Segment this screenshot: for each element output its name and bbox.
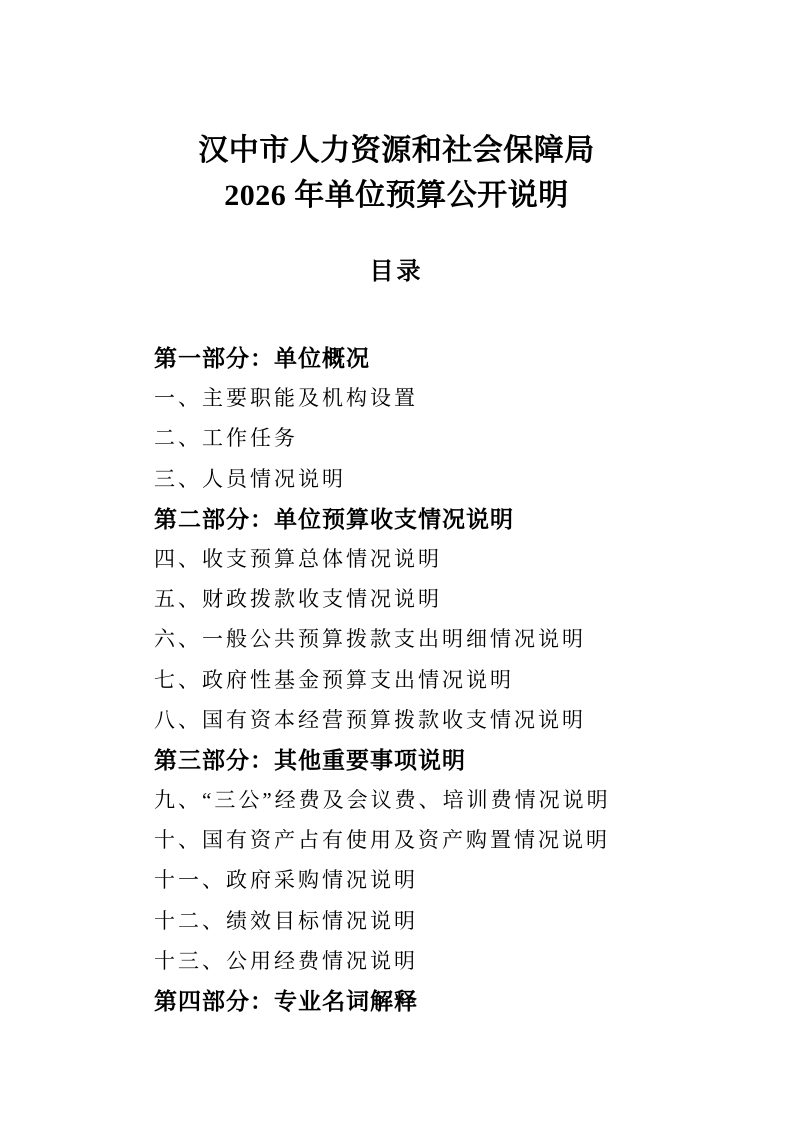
- toc-item: 三、人员情况说明: [154, 459, 693, 499]
- toc-item: 十二、绩效目标情况说明: [154, 901, 693, 941]
- toc-section-heading: 第四部分：专业名词解释: [154, 981, 693, 1021]
- document-title: 汉中市人力资源和社会保障局 2026 年单位预算公开说明: [0, 128, 793, 218]
- toc-section-heading: 第二部分：单位预算收支情况说明: [154, 499, 693, 539]
- toc-heading: 目录: [0, 256, 793, 288]
- toc-item: 十三、公用经费情况说明: [154, 941, 693, 981]
- document-title-line2: 2026 年单位预算公开说明: [0, 173, 793, 218]
- toc-item: 七、政府性基金预算支出情况说明: [154, 660, 693, 700]
- document-title-line1: 汉中市人力资源和社会保障局: [0, 128, 793, 173]
- toc-item: 九、“三公”经费及会议费、培训费情况说明: [154, 780, 693, 820]
- document-page: 汉中市人力资源和社会保障局 2026 年单位预算公开说明 目录 第一部分：单位概…: [0, 0, 793, 1122]
- toc-list: 第一部分：单位概况 一、主要职能及机构设置 二、工作任务 三、人员情况说明 第二…: [154, 338, 693, 1021]
- toc-item: 五、财政拨款收支情况说明: [154, 579, 693, 619]
- toc-item: 四、收支预算总体情况说明: [154, 539, 693, 579]
- toc-item: 二、工作任务: [154, 418, 693, 458]
- toc-section-heading: 第一部分：单位概况: [154, 338, 693, 378]
- toc-section-heading: 第三部分：其他重要事项说明: [154, 740, 693, 780]
- toc-item: 八、国有资本经营预算拨款收支情况说明: [154, 700, 693, 740]
- toc-item: 一、主要职能及机构设置: [154, 378, 693, 418]
- toc-item: 六、一般公共预算拨款支出明细情况说明: [154, 619, 693, 659]
- toc-item: 十一、政府采购情况说明: [154, 860, 693, 900]
- toc-item: 十、国有资产占有使用及资产购置情况说明: [154, 820, 693, 860]
